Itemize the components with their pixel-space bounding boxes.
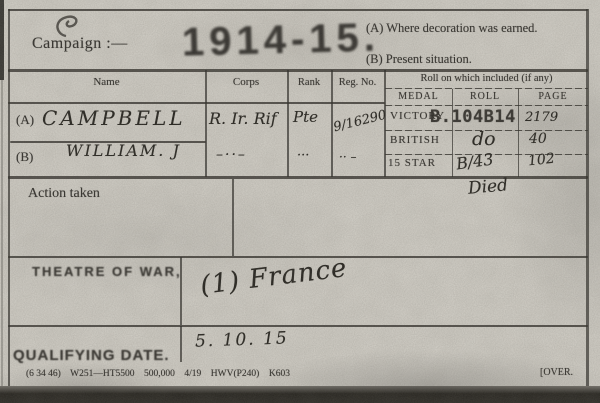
- theatre-value: (1) France: [199, 253, 349, 301]
- action-section-divider: [232, 179, 234, 256]
- medal-index-card-scan: Campaign :— 1914-15. (A) Where decoratio…: [0, 0, 600, 403]
- col-divider-reg-roll: [384, 70, 386, 177]
- row-a-name: CAMPBELL: [42, 106, 186, 130]
- qualifying-section-divider: [180, 326, 182, 362]
- footer-imprint: (6 34 46) W251—HT5500 500,000 4/19 HWV(P…: [26, 369, 290, 379]
- header-name: Name: [8, 76, 205, 88]
- qualifying-date-label: QUALIFYING DATE.: [13, 347, 170, 364]
- header-reg-no: Reg. No.: [331, 77, 384, 88]
- medal-row2-roll: do: [472, 128, 496, 150]
- scan-edge-left: [0, 0, 4, 80]
- action-bottom-rule: [8, 256, 588, 258]
- medal-row3-label: 15 STAR: [388, 157, 436, 169]
- medal-row2-label: BRITISH: [390, 134, 440, 146]
- row-b-rank-ditto: ···: [297, 148, 309, 163]
- annotation-a: (A) Where decoration was earned.: [366, 21, 538, 36]
- card-border-left: [8, 9, 10, 386]
- header-roll-block: Roll on which included (if any): [385, 73, 588, 84]
- header-roll: ROLL: [452, 91, 518, 102]
- row-a-corps: R. Ir. Rif: [209, 109, 277, 128]
- reg-no-value: 9/16290: [332, 108, 388, 136]
- header-corps: Corps: [205, 76, 287, 88]
- campaign-label: Campaign :—: [32, 35, 128, 53]
- row-a-rank: Pte: [293, 108, 318, 126]
- theatre-bottom-rule: [8, 325, 588, 327]
- row-b-label: (B): [16, 149, 33, 165]
- card-border-right: [586, 9, 589, 386]
- medal-row2-page: 40: [529, 131, 547, 147]
- theatre-label: THEATRE OF WAR,: [32, 264, 182, 279]
- header-rank: Rank: [287, 77, 331, 88]
- col-divider-medal-roll: [452, 89, 453, 177]
- action-taken-value: Died: [467, 175, 509, 198]
- qualifying-date-value: 5. 10. 15: [195, 328, 289, 351]
- medal-row1-roll-stamp: B.104B14: [430, 107, 516, 127]
- scan-edge-bottom: [0, 386, 600, 403]
- medal-row3-roll: B/43: [455, 149, 495, 173]
- action-taken-label: Action taken: [28, 186, 100, 202]
- table-top-rule: [8, 69, 588, 72]
- roll-header-rule: [385, 88, 588, 89]
- row-b-name: WILLIAM. J: [66, 141, 181, 160]
- campaign-stamp: 1914-15.: [181, 15, 380, 65]
- medal-row3-page: 102: [527, 151, 555, 170]
- row-a-label: (A): [16, 112, 34, 128]
- annotation-b: (B) Present situation.: [366, 52, 472, 67]
- scan-edge-left-faint: [1, 80, 3, 386]
- header-rule-left: [8, 102, 385, 104]
- header-medal: MEDAL: [385, 91, 452, 102]
- row-b-corps-ditto: –··–: [216, 147, 247, 163]
- over-note: [OVER.: [540, 367, 573, 378]
- col-divider-roll-page: [518, 89, 519, 177]
- reg-no-ditto: ·· –: [339, 150, 356, 164]
- medal-row1-page: 2179: [525, 110, 558, 125]
- header-page: PAGE: [518, 91, 588, 102]
